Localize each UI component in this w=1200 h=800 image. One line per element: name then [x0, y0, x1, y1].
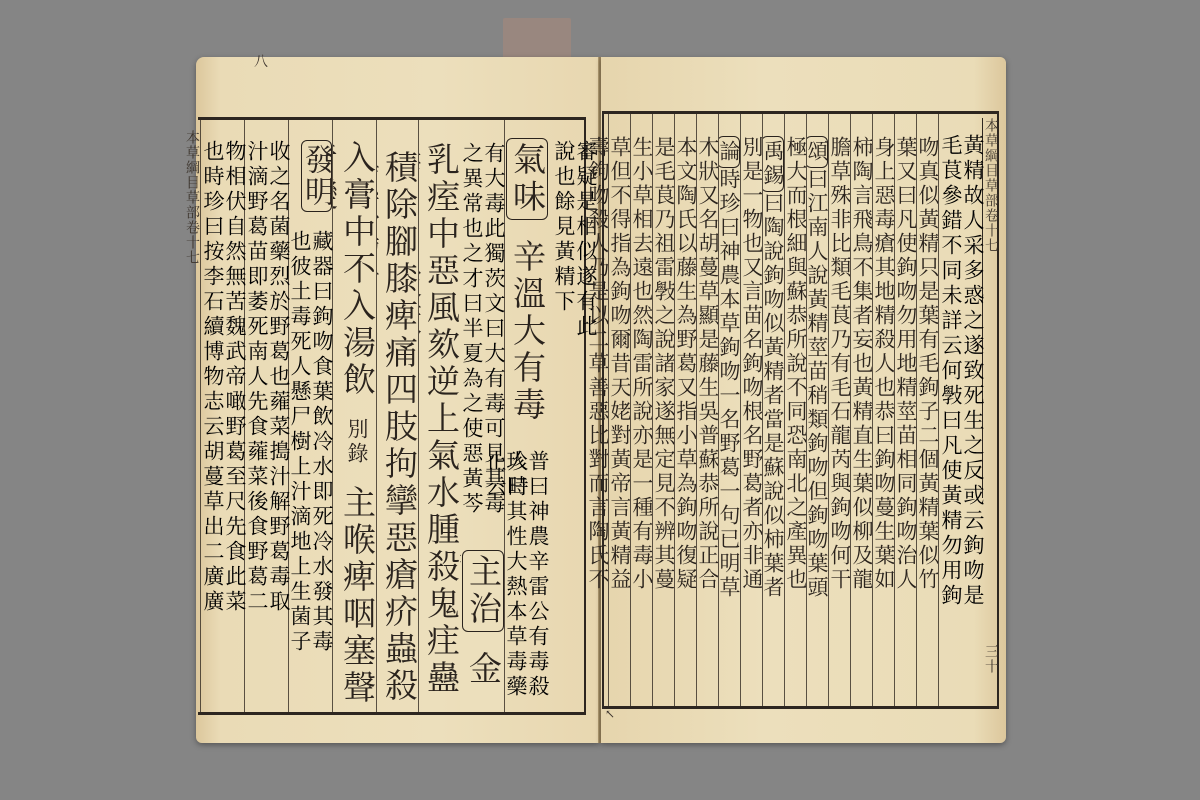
text-column: 本文陶氏以藤生為野葛又指小草為鉤吻復疑 — [674, 114, 696, 706]
text-column: 積除腳膝痺痛四肢拘攣惡瘡疥蟲殺鳥獸搗汁 — [376, 120, 418, 712]
text-column: 葉又曰凡使鉤吻勿用地精莖苗相同鉤吻治人 — [894, 114, 916, 706]
text-column: 膽草殊非比類毛茛乃有毛石龍芮與鉤吻何干 — [828, 114, 850, 706]
text-column: 壽鉤吻殺人乃是以二草善惡比對而言陶氏不 — [586, 114, 608, 706]
left-page: 八 本草綱目草部卷十七 審疑是相似遂有此 說也餘見黃精下 氣味 辛溫大有毒 普曰… — [196, 57, 599, 743]
right-page: 本草綱目草部卷十七 三十 黃精故人采多惑之遂致死生之反或云鉤吻是 毛茛參錯不同未… — [601, 57, 1006, 743]
text-column: 木狀又名胡蔓草顯是藤生吳普蘇恭所說正合 — [696, 114, 718, 706]
edge-label: 本草綱目草部卷十七 — [184, 130, 200, 690]
text-column: 收之名菌藥烈於野葛也蕹菜搗汁解野葛毒取 汁滴野葛苗即萎死南人先食蕹菜後食野葛二 — [244, 120, 289, 712]
heading-marker: 頌 — [806, 136, 828, 168]
text-column-annotation: 普曰神農辛雷公有毒殺人畤 珍曰其性大熱本草毒藥止云 — [504, 450, 548, 712]
text-column: 是毛茛乃祖雷斅之說諸家遂無定見不辨其蔓 — [652, 114, 674, 706]
text-column: 身上惡毒瘡其地精殺人也恭曰鉤吻蔓生葉如 — [872, 114, 894, 706]
text-column: 禹錫曰陶說鉤吻似黃精者當是蘇說似柿葉者 — [762, 114, 784, 706]
heading-marker: 禹錫 — [762, 136, 784, 192]
text-column: 吻真似黃精只是葉有毛鉤子二個黃精葉似竹 — [916, 114, 938, 706]
text-column-annotation: 藏器曰鉤吻食葉飲冷水即死冷水發其毒 也彼土毒死人懸尸樹上汁滴地上生菌子 — [288, 230, 332, 712]
text-column: 頌曰江南人說黃精莖苗稍類鉤吻但鉤吻葉頭 — [806, 114, 828, 706]
heading-marker: 論 — [718, 136, 740, 168]
text-column: 黃精故人采多惑之遂致死生之反或云鉤吻是 毛茛參錯不同未詳云何斅曰凡使黃精勿用鉤 — [938, 114, 983, 706]
heading-marker: 氣味 — [506, 138, 548, 220]
heading-marker: 主治 — [462, 550, 504, 632]
text-column: 別是一物也又言苗名鉤吻根名野葛者亦非通 — [740, 114, 762, 706]
text-column: 極大而根細與蘇恭所說不同恐南北之產異也 — [784, 114, 806, 706]
text-column: 主治 金瘡 — [460, 550, 504, 710]
text-column: 論時珍曰神農本草鉤吻一名野葛一句已明草 — [718, 114, 740, 706]
heading-marker: 發明 — [301, 140, 332, 212]
text-column: 草但不得指為鉤吻爾昔天姥對黃帝言黃精益 — [608, 114, 630, 706]
text-column: 入膏中不入湯飲 別錄 主喉痺咽塞聲音變 吳普 — [332, 120, 376, 712]
right-page-frame: 本草綱目草部卷十七 三十 黃精故人采多惑之遂致死生之反或云鉤吻是 毛茛參錯不同未… — [602, 111, 999, 709]
text-column: 物相伏自然無苦魏武帝噉野葛至尺先食此菜 也時珍曰按李石續博物志云胡蔓草出二廣廣 — [200, 120, 245, 712]
text-column: 乳痓中惡風欬逆上氣水腫殺鬼疰蠱毒 本經 破癥 — [418, 120, 460, 712]
text-column: 生小草相去遠也然陶雷所說亦是一種有毒小 — [630, 114, 652, 706]
folio-number: 三十 — [983, 644, 999, 704]
top-mark: 八 — [254, 51, 268, 71]
left-page-frame: 本草綱目草部卷十七 審疑是相似遂有此 說也餘見黃精下 氣味 辛溫大有毒 普曰神農… — [198, 117, 586, 715]
text-column: 柿陶言飛鳥不集者妄也黃精直生葉似柳及龍 — [850, 114, 872, 706]
ink-mark: ↖ — [605, 707, 615, 721]
